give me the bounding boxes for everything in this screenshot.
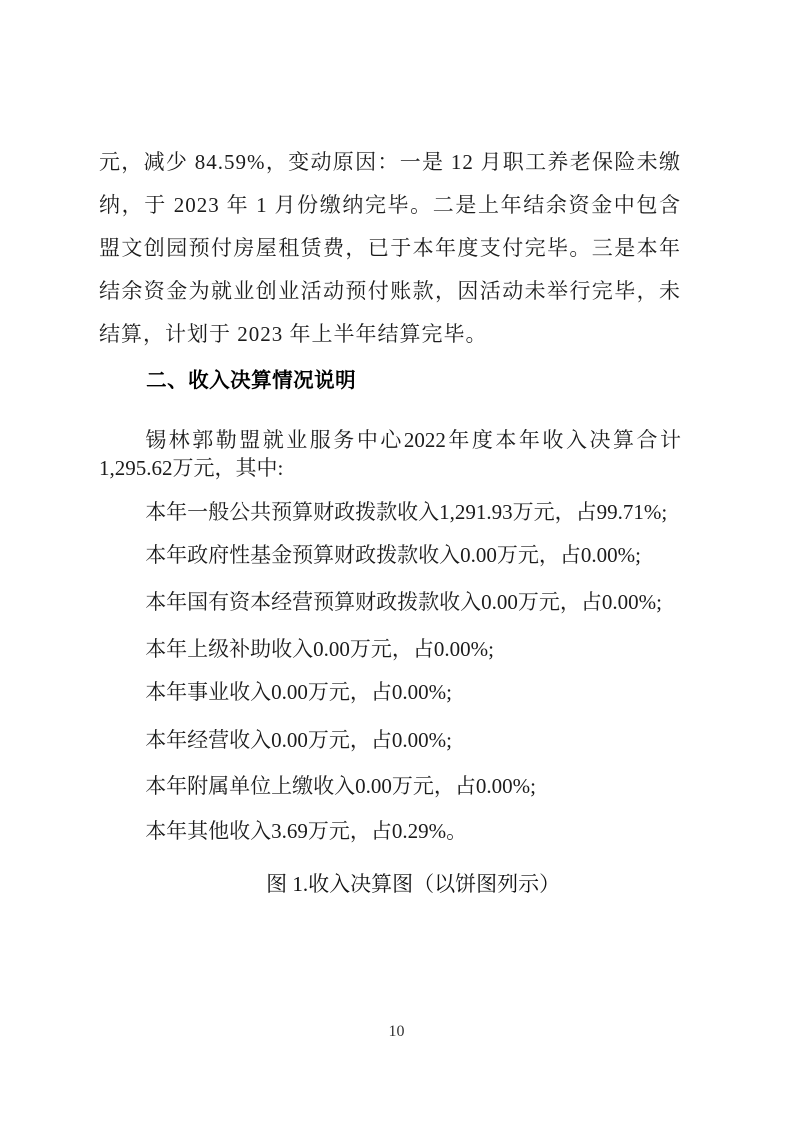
revenue-item-subordinate-unit-remittance: 本年附属单位上缴收入0.00万元，占0.00%; [99,771,681,802]
figure-caption: 图 1.收入决算图（以饼图列示） [99,869,681,900]
revenue-item-institutional-income: 本年事业收入0.00万元，占0.00%; [99,677,681,708]
document-body: 元，减少 84.59%，变动原因：一是 12 月职工养老保险未缴纳，于 2023… [0,0,793,900]
carryover-paragraph: 元，减少 84.59%，变动原因：一是 12 月职工养老保险未缴纳，于 2023… [99,141,681,356]
intro-paragraph: 锡林郭勒盟就业服务中心2022年度本年收入决算合计1,295.62万元，其中: [99,426,681,482]
revenue-item-other-income: 本年其他收入3.69万元，占0.29%。 [99,816,681,847]
revenue-item-government-fund-budget: 本年政府性基金预算财政拨款收入0.00万元，占0.00%; [99,540,681,571]
revenue-item-state-capital-budget: 本年国有资本经营预算财政拨款收入0.00万元，占0.00%; [99,587,681,618]
document-page: 元，减少 84.59%，变动原因：一是 12 月职工养老保险未缴纳，于 2023… [0,0,793,1122]
page-number: 10 [0,1022,793,1042]
revenue-item-operating-income: 本年经营收入0.00万元，占0.00%; [99,725,681,756]
revenue-item-general-public-budget: 本年一般公共预算财政拨款收入1,291.93万元，占99.71%; [99,497,681,528]
section-heading-income-statement: 二、收入决算情况说明 [99,366,681,396]
revenue-item-superior-subsidy: 本年上级补助收入0.00万元，占0.00%; [99,634,681,665]
